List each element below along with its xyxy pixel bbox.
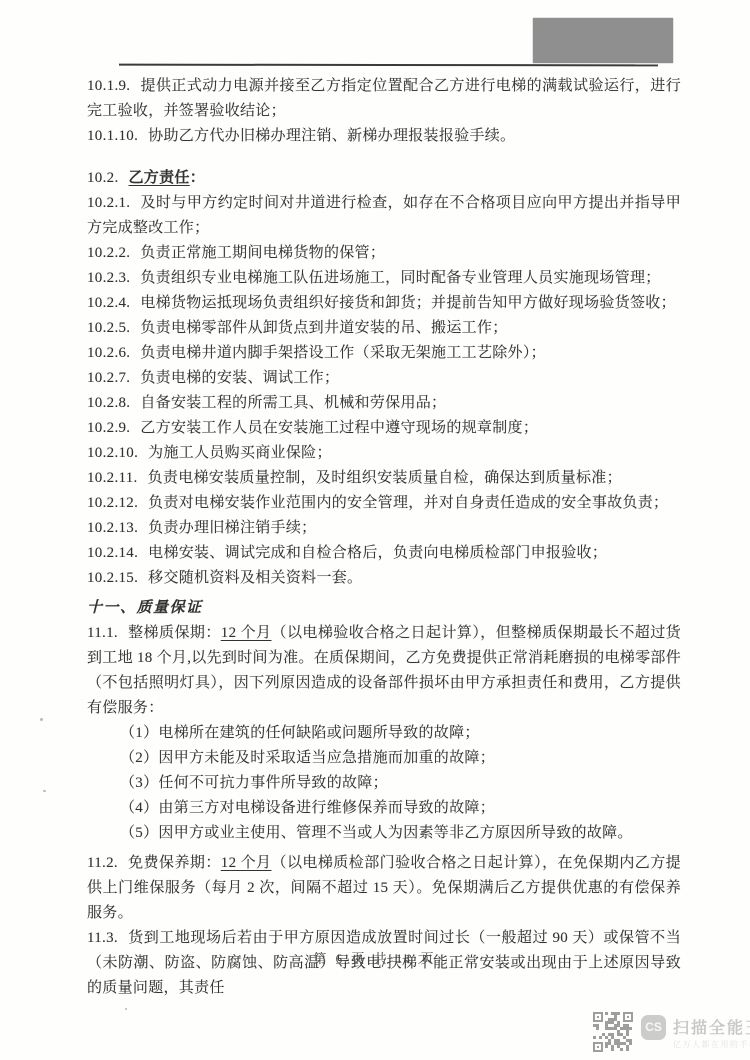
camscanner-watermark: CS 扫描全能王 亿万人都在用的手机扫描App [593, 1012, 743, 1056]
clause-10-2-9: 10.2.9.乙方安装工作人员在安装施工过程中遵守现场的规章制度； [87, 416, 681, 441]
clause-10-2-4: 10.2.4.电梯货物运抵现场负责组织好接货和卸货；并提前告知甲方做好现场验货签… [87, 291, 681, 316]
clause-10-2-6: 10.2.6.负责电梯井道内脚手架搭设工作（采取无架施工工艺除外）； [87, 341, 681, 366]
subitem-5: （5）因甲方或业主使用、管理不当或人为因素等非乙方原因所导致的故障。 [87, 821, 681, 846]
scan-speck [43, 790, 46, 792]
watermark-title: 扫描全能王 [673, 1015, 750, 1038]
qr-finder-icon [593, 1012, 603, 1022]
redaction-box [533, 18, 673, 63]
qr-finder-icon [593, 1042, 603, 1052]
scan-speck [125, 1008, 127, 1010]
clause-10-2-1: 10.2.1.及时与甲方约定时间对井道进行检查，如存在不合格项目应向甲方提出并指… [87, 191, 681, 241]
subitem-4: （4）由第三方对电梯设备进行维修保养而导致的故障； [87, 796, 681, 821]
clause-10-2-13: 10.2.13.负责办理旧梯注销手续； [87, 516, 681, 541]
clause-10-2-3: 10.2.3.负责组织专业电梯施工队伍进场施工，同时配备专业管理人员实施现场管理… [87, 266, 681, 291]
clause-11-2: 11.2.免费保养期：12 个月（以电梯质检部门验收合格之日起计算），在免保期内… [87, 851, 681, 926]
camscanner-logo-icon: CS [641, 1015, 666, 1040]
clause-10-2-heading: 10.2.乙方责任： [87, 166, 681, 191]
clause-10-2-7: 10.2.7.负责电梯的安装、调试工作； [87, 366, 681, 391]
subitem-3: （3）任何不可抗力事件所导致的故障； [87, 771, 681, 796]
clause-10-2-15: 10.2.15.移交随机资料及相关资料一套。 [87, 566, 681, 591]
clause-10-2-2: 10.2.2.负责正常施工期间电梯货物的保管； [87, 241, 681, 266]
subitem-2: （2）因甲方未能及时采取适当应急措施而加重的故障； [87, 746, 681, 771]
clause-10-2-5: 10.2.5.负责电梯零部件从卸货点到井道安装的吊、搬运工作； [87, 316, 681, 341]
header-rule [119, 64, 658, 67]
page-footer: 第 6 页 共 11 页 [0, 948, 750, 967]
clause-10-2-11: 10.2.11.负责电梯安装质量控制，及时组织安装质量自检，确保达到质量标准； [87, 466, 681, 491]
page-number: 第 6 页 共 11 页 [313, 951, 436, 966]
scan-speck [40, 718, 43, 721]
clause-10-1-10: 10.1.10.协助乙方代办旧梯办理注销、新梯办理报装报验手续。 [87, 124, 681, 149]
subitem-1: （1）电梯所在建筑的任何缺陷或问题所导致的故障； [87, 721, 681, 746]
section-heading-11: 十一、质量保证 [87, 596, 681, 621]
clause-10-2-8: 10.2.8.自备安装工程的所需工具、机械和劳保用品； [87, 391, 681, 416]
scanned-contract-page: 10.1.9.提供正式动力电源并接至乙方指定位置配合乙方进行电梯的满载试验运行，… [0, 0, 750, 1060]
clause-11-1: 11.1.整梯质保期：12 个月（以电梯验收合格之日起计算），但整梯质保期最长不… [87, 621, 681, 721]
qr-finder-icon [623, 1012, 633, 1022]
qr-code-icon [593, 1012, 633, 1052]
clause-10-2-10: 10.2.10.为施工人员购买商业保险； [87, 441, 681, 466]
contract-body: 10.1.9.提供正式动力电源并接至乙方指定位置配合乙方进行电梯的满载试验运行，… [87, 74, 681, 1001]
watermark-tagline: 亿万人都在用的手机扫描App [673, 1039, 750, 1050]
clause-10-2-12: 10.2.12.负责对电梯安装作业范围内的安全管理，并对自身责任造成的安全事故负… [87, 491, 681, 516]
clause-10-1-9: 10.1.9.提供正式动力电源并接至乙方指定位置配合乙方进行电梯的满载试验运行，… [87, 74, 681, 124]
clause-10-2-14: 10.2.14.电梯安装、调试完成和自检合格后，负责向电梯质检部门申报验收； [87, 541, 681, 566]
